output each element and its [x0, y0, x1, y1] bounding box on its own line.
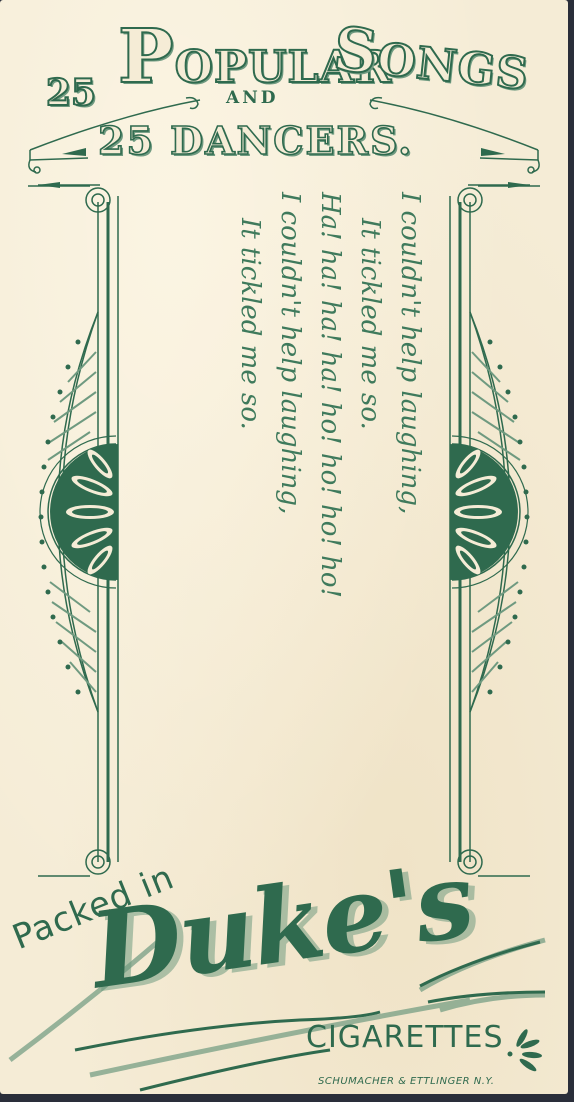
- leaf-spray-icon: [508, 1028, 543, 1073]
- fan-rosette-column-icon: [28, 182, 148, 882]
- songs-count: 25: [46, 72, 96, 114]
- lyric-line: I couldn't help laughing,: [390, 192, 430, 872]
- card-footer: Packed in Duke's CIGARETTES SCHUMACHER &…: [0, 880, 568, 1094]
- printer-credit: SCHUMACHER & ETTLINGER N.Y.: [318, 1076, 494, 1087]
- lyric-line: I couldn't help laughing,: [270, 192, 310, 872]
- title-songs-initial: S: [330, 14, 381, 88]
- subtitle-dancers: 25 DANCERS.: [98, 118, 413, 163]
- song-lyrics: I couldn't help laughing, It tickled me …: [160, 192, 430, 872]
- lyric-line: Ha! ha! ha! ha! ho! ho! ho! ho!: [310, 192, 350, 872]
- lyric-line: It tickled me so.: [230, 192, 270, 872]
- fan-rosette-column-icon: [420, 182, 540, 882]
- lyric-line: It tickled me so.: [350, 192, 390, 872]
- trade-card: 25 POPULAR SONGS AND 25 DANCERS.: [0, 0, 568, 1094]
- title-and: AND: [226, 88, 278, 108]
- card-header: 25 POPULAR SONGS AND 25 DANCERS.: [0, 0, 568, 190]
- title-popular-initial: P: [118, 14, 175, 100]
- title-songs-rest: ONGS: [375, 34, 531, 101]
- product-label: CIGARETTES: [306, 1020, 504, 1055]
